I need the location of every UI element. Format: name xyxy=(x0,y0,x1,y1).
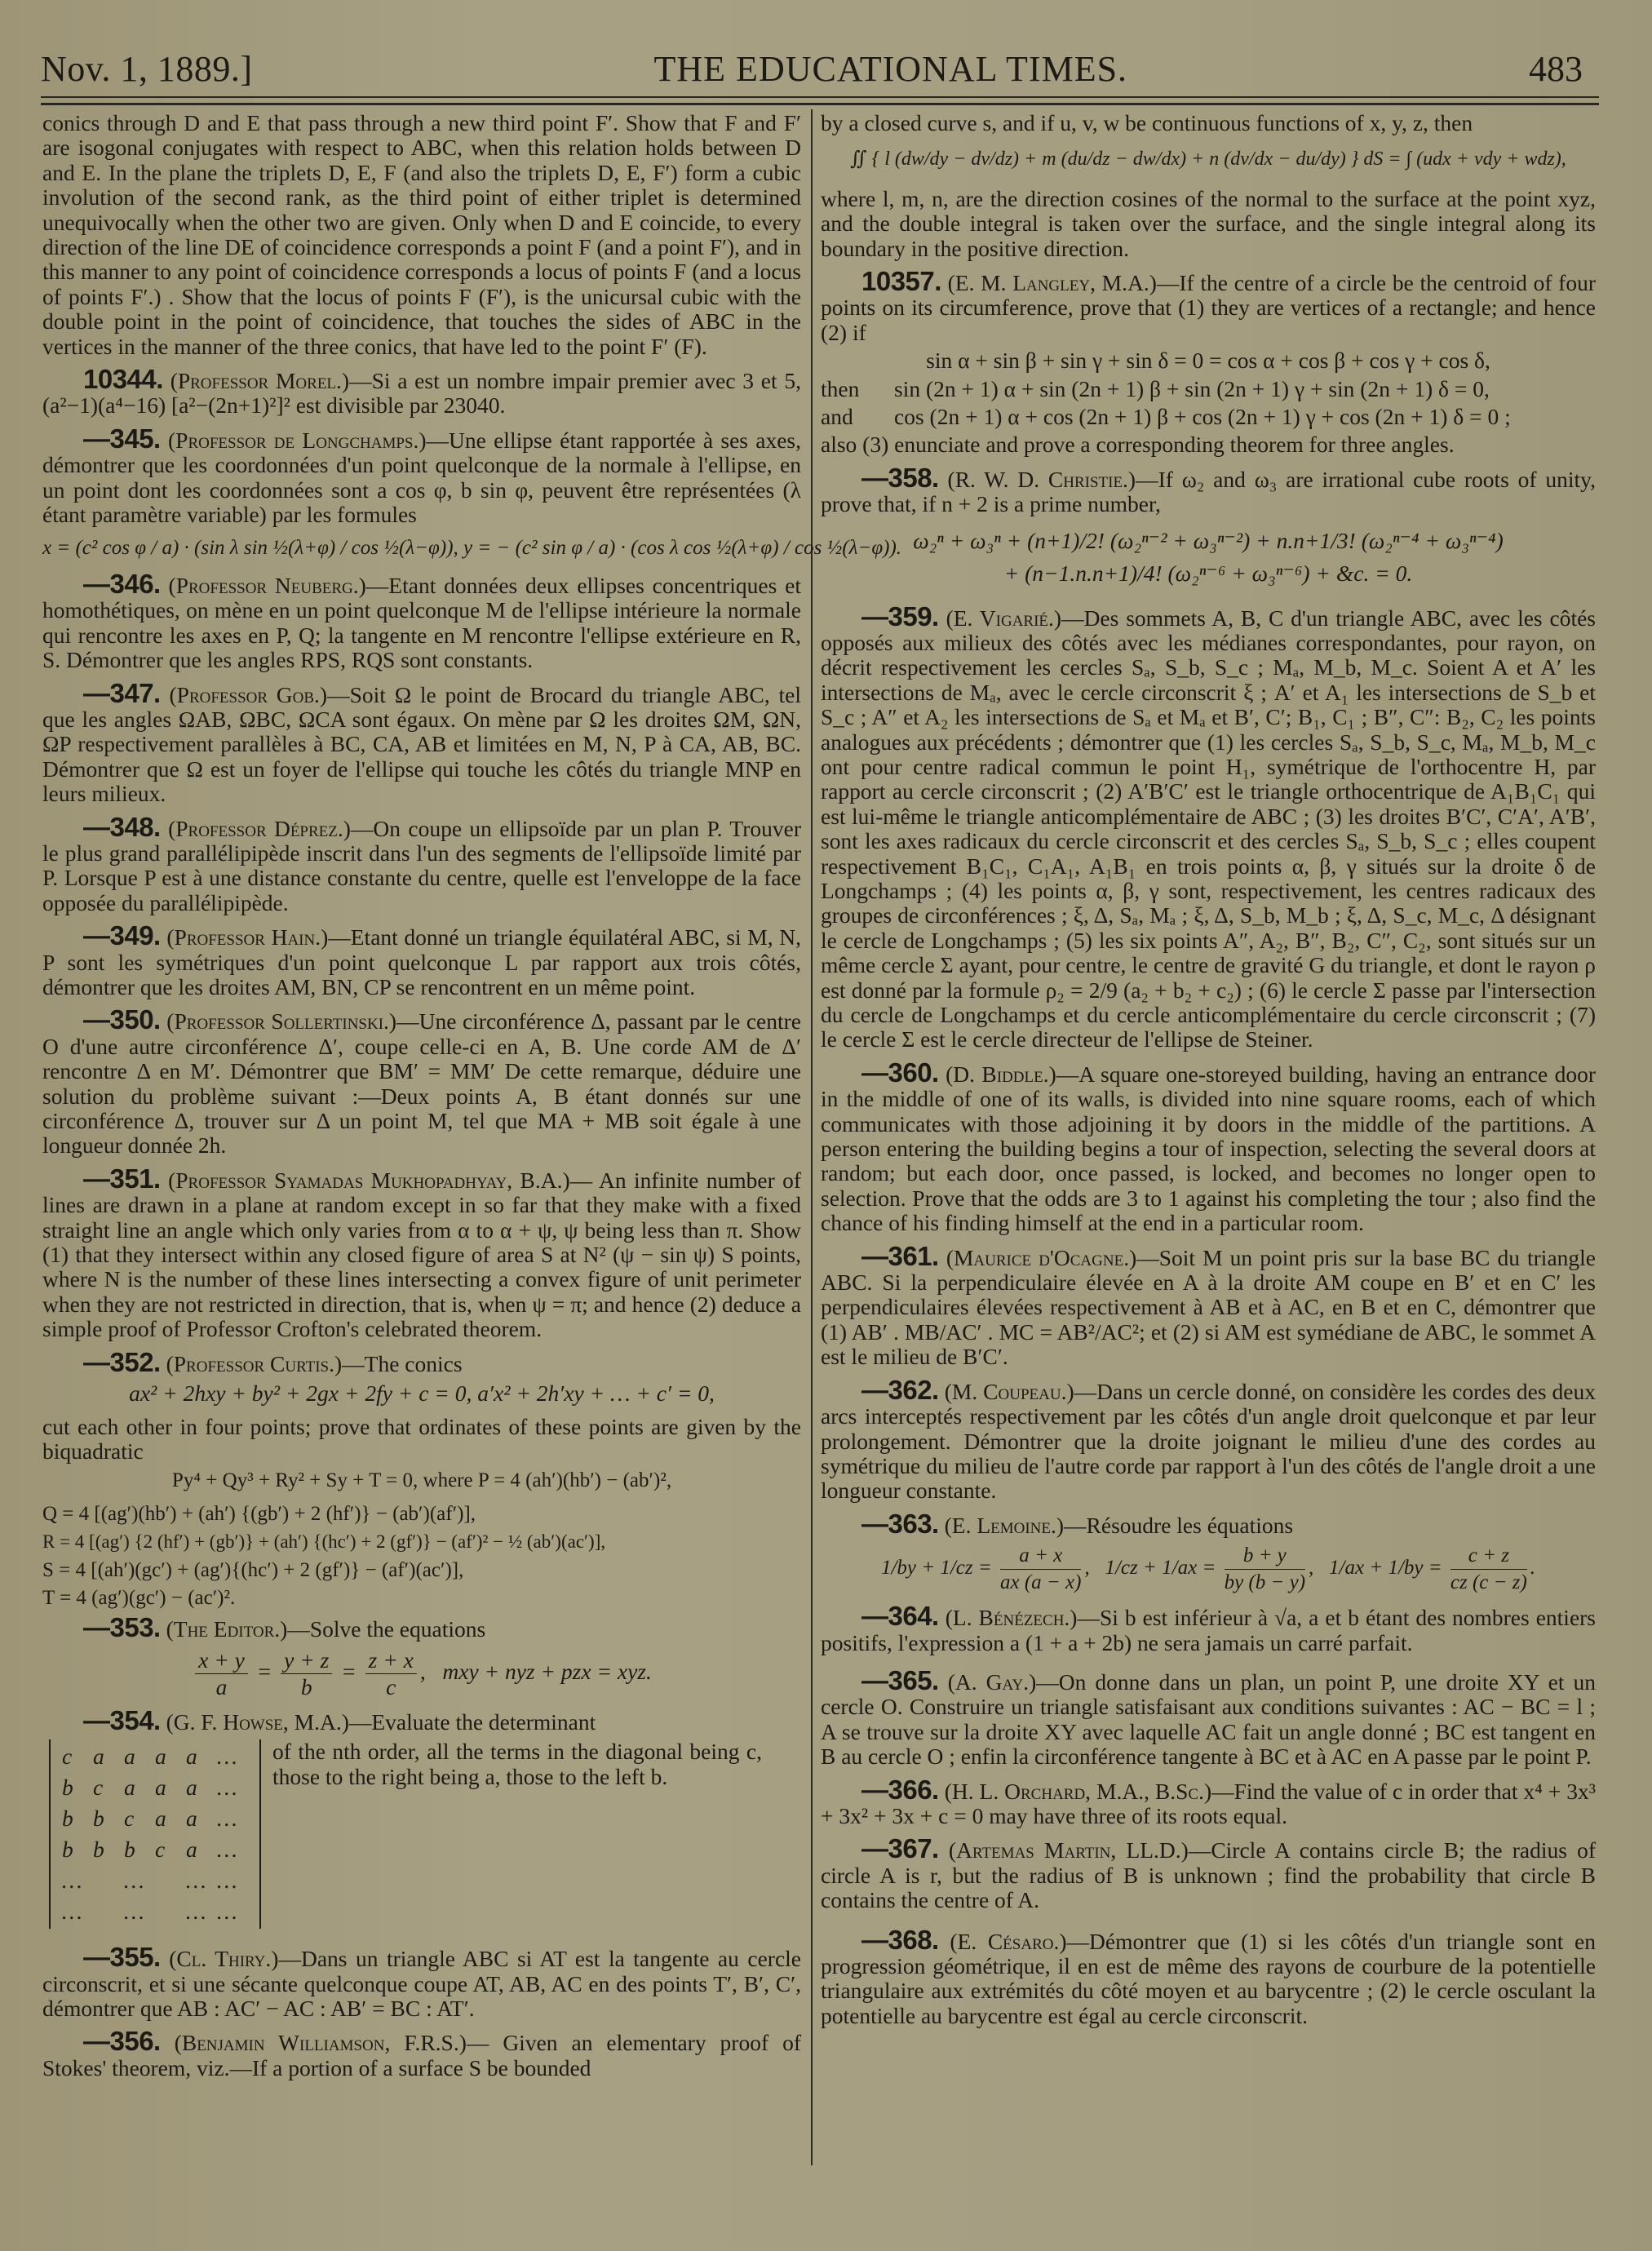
question-number: —360. xyxy=(861,1057,939,1088)
cell: a xyxy=(155,1741,186,1772)
cell: b xyxy=(62,1834,93,1865)
fraction: c + zcz (c − z) xyxy=(1450,1543,1527,1596)
numerator: a + x xyxy=(1000,1543,1081,1570)
cell: … xyxy=(124,1896,155,1927)
determinant-row: bcaaa… xyxy=(62,1772,248,1803)
numerator: z + x xyxy=(365,1647,417,1674)
question-author: (Professor de Longchamps.) xyxy=(168,428,427,453)
question-author: (M. Coupeau.) xyxy=(945,1379,1074,1404)
cell: a xyxy=(186,1834,217,1865)
fraction: a + xax (a − x) xyxy=(1000,1543,1081,1596)
coefficient-S: S = 4 [(ah′)(gc′) + (ag′){(hc′) + 2 (gf′… xyxy=(42,1558,801,1583)
page-header: Nov. 1, 1889.] THE EDUCATIONAL TIMES. 48… xyxy=(41,24,1599,90)
question-356: —356. (Benjamin Williamson, F.R.S.)— Giv… xyxy=(42,2029,801,2080)
question-346: —346. (Professor Neuberg.)—Etant données… xyxy=(42,572,801,673)
question-number: —364. xyxy=(861,1601,939,1631)
page-number: 483 xyxy=(1529,48,1599,90)
term: 1/ax xyxy=(1162,1557,1197,1579)
question-number: —367. xyxy=(861,1833,939,1863)
question-author: (Professor Curtis.) xyxy=(166,1351,343,1376)
cell: c xyxy=(124,1803,155,1834)
question-author: (Professor Hain.) xyxy=(166,924,328,950)
question-365: —365. (A. Gay.)—On donne dans un plan, u… xyxy=(821,1668,1596,1770)
question-author: (H. L. Orchard, M.A., B.Sc.) xyxy=(945,1779,1211,1804)
issue-date: Nov. 1, 1889.] xyxy=(41,48,253,90)
numerator: b + y xyxy=(1225,1543,1305,1570)
question-number: —358. xyxy=(861,463,939,493)
question-355: —355. (Cl. Thiry.)—Dans un triangle ABC … xyxy=(42,1945,801,2021)
question-362: —362. (M. Coupeau.)—Dans un cercle donné… xyxy=(821,1378,1596,1504)
determinant: caaaa… bcaaa… bbcaa… bbbca… ………… ………… xyxy=(49,1739,261,1929)
question-number: —348. xyxy=(83,812,161,842)
question-353: —353. (The Editor.)—Solve the equations xyxy=(42,1615,801,1642)
question-number: —351. xyxy=(83,1163,161,1194)
equation-2: thensin (2n + 1) α + sin (2n + 1) β + si… xyxy=(821,377,1596,401)
formula-358-line1: ω₂ⁿ + ω₃ⁿ + (n+1)/2! (ω₂ⁿ⁻² + ω₃ⁿ⁻²) + n… xyxy=(821,529,1596,553)
question-361: —361. (Maurice d'Ocagne.)—Soit M un poin… xyxy=(821,1244,1596,1370)
question-349: —349. (Professor Hain.)—Etant donné un t… xyxy=(42,924,801,999)
cell: … xyxy=(217,1896,248,1927)
determinant-block: caaaa… bcaaa… bbcaa… bbbca… ………… ………… of… xyxy=(42,1739,801,1929)
question-author: (G. F. Howse, M.A.) xyxy=(166,1709,349,1735)
cell: … xyxy=(186,1896,217,1927)
cell: … xyxy=(217,1865,248,1896)
term: 1/by xyxy=(1388,1557,1423,1579)
denominator: cz (c − z) xyxy=(1450,1570,1527,1596)
question-author: (Professor Gob.) xyxy=(170,682,328,707)
question-10357-text2: also (3) enunciate and prove a correspon… xyxy=(821,432,1596,457)
question-359: —359. (E. Vigarié.)—Des sommets A, B, C … xyxy=(821,605,1596,1052)
question-text: —Solve the equations xyxy=(287,1616,485,1642)
question-author: (Professor Morel.) xyxy=(171,368,349,393)
cell: c xyxy=(93,1772,124,1803)
column-divider xyxy=(811,109,813,2165)
newspaper-page: Nov. 1, 1889.] THE EDUCATIONAL TIMES. 48… xyxy=(0,0,1652,2251)
question-author: (E. M. Langley, M.A.) xyxy=(948,270,1157,295)
formula-353: x + ya = y + zb = z + xc, mxy + nyz + pz… xyxy=(42,1647,801,1700)
determinant-row: caaaa… xyxy=(62,1741,248,1772)
question-347: —347. (Professor Gob.)—Soit Ω le point d… xyxy=(42,681,801,807)
label: then xyxy=(821,377,894,401)
fraction: b + yby (b − y) xyxy=(1225,1543,1305,1596)
denominator: c xyxy=(365,1674,417,1700)
term: 1/cz xyxy=(1105,1557,1137,1579)
formula-345: x = (c² cos φ / a) · (sin λ sin ½(λ+φ) /… xyxy=(42,536,801,561)
cell xyxy=(93,1896,124,1927)
question-358: —358. (R. W. D. Christie.)—If ω₂ and ω₃ … xyxy=(821,466,1596,517)
question-author: (E. Césaro.) xyxy=(950,1929,1066,1954)
question-366: —366. (H. L. Orchard, M.A., B.Sc.)—Find … xyxy=(821,1778,1596,1829)
cell xyxy=(155,1896,186,1927)
cell: c xyxy=(62,1741,93,1772)
question-number: —355. xyxy=(83,1942,161,1972)
right-column: by a closed curve s, and if u, v, w be c… xyxy=(821,111,1596,2036)
left-column: conics through D and E that pass through… xyxy=(42,111,801,2089)
question-352: —352. (Professor Curtis.)—The conics xyxy=(42,1350,801,1376)
question-363: —363. (E. Lemoine.)—Résoudre les équatio… xyxy=(821,1512,1596,1538)
question-text: —A square one-storeyed building, having … xyxy=(821,1061,1596,1235)
cell: … xyxy=(62,1896,93,1927)
question-number: —361. xyxy=(861,1241,939,1271)
question-author: (Professor Déprez.) xyxy=(168,816,351,841)
question-number: —362. xyxy=(861,1375,939,1405)
numerator: x + y xyxy=(195,1647,248,1674)
biquadratic-equation: Py⁴ + Qy³ + Ry² + Sy + T = 0, where P = … xyxy=(42,1469,801,1493)
numerator: y + z xyxy=(281,1647,332,1674)
question-author: (L. Bénézech.) xyxy=(946,1605,1078,1630)
question-text: —Des sommets A, B, C d'un triangle ABC, … xyxy=(821,605,1596,1052)
determinant-row: bbcaa… xyxy=(62,1803,248,1834)
question-author: (Professor Syamadas Mukhopadhyay, B.A.) xyxy=(168,1168,570,1193)
fraction: y + zb xyxy=(281,1647,332,1700)
header-rule-top xyxy=(41,96,1599,98)
numerator: c + z xyxy=(1450,1543,1527,1570)
continuation-text: conics through D and E that pass through… xyxy=(42,111,801,359)
cell: c xyxy=(155,1834,186,1865)
denominator: by (b − y) xyxy=(1225,1570,1305,1596)
publication-title: THE EDUCATIONAL TIMES. xyxy=(654,48,1128,90)
formula-363: 1/by + 1/cz = a + xax (a − x), 1/cz + 1/… xyxy=(821,1543,1596,1596)
cell: a xyxy=(124,1741,155,1772)
cell: a xyxy=(155,1803,186,1834)
fraction: z + xc xyxy=(365,1647,417,1700)
cell: a xyxy=(124,1772,155,1803)
cell xyxy=(93,1865,124,1896)
term: 1/ax xyxy=(1329,1557,1364,1579)
question-number: —352. xyxy=(83,1347,161,1377)
cell: … xyxy=(186,1865,217,1896)
question-number: —359. xyxy=(861,601,939,631)
question-number: 10357. xyxy=(861,266,941,296)
cell: a xyxy=(186,1772,217,1803)
question-350: —350. (Professor Sollertinski.)—Une circ… xyxy=(42,1008,801,1158)
equation-a: 1/by + 1/cz = a + xax (a − x), xyxy=(881,1557,1090,1579)
question-351: —351. (Professor Syamadas Mukhopadhyay, … xyxy=(42,1167,801,1342)
question-number: —363. xyxy=(861,1509,939,1539)
question-author: (Artemas Martin, LL.D.) xyxy=(949,1837,1189,1863)
question-number: —346. xyxy=(83,569,161,599)
cell: b xyxy=(124,1834,155,1865)
question-number: —347. xyxy=(83,678,161,708)
question-author: (Cl. Thiry.) xyxy=(169,1946,278,1971)
equation: cos (2n + 1) α + cos (2n + 1) β + cos (2… xyxy=(894,404,1511,429)
question-number: —353. xyxy=(83,1612,161,1642)
equation-c: 1/ax + 1/by = c + zcz (c − z). xyxy=(1329,1557,1535,1579)
coefficient-T: T = 4 (ag′)(gc′) − (ac′)². xyxy=(42,1586,801,1611)
denominator: ax (a − x) xyxy=(1000,1570,1081,1596)
question-348: —348. (Professor Déprez.)—On coupe un el… xyxy=(42,815,801,916)
determinant-row: ………… xyxy=(62,1896,248,1927)
question-number: —350. xyxy=(83,1004,161,1035)
question-author: (The Editor.) xyxy=(166,1616,288,1642)
question-number: 10344. xyxy=(83,364,163,394)
question-364: —364. (L. Bénézech.)—Si b est inférieur … xyxy=(821,1604,1596,1655)
cell: … xyxy=(62,1865,93,1896)
determinant-description: of the nth order, all the terms in the d… xyxy=(261,1739,762,1789)
question-354: —354. (G. F. Howse, M.A.)—Evaluate the d… xyxy=(42,1708,801,1735)
cell: b xyxy=(62,1803,93,1834)
determinant-row: bbbca… xyxy=(62,1834,248,1865)
question-10344: 10344. (Professor Morel.)—Si a est un no… xyxy=(42,367,801,419)
cell: b xyxy=(62,1772,93,1803)
question-number: —368. xyxy=(861,1925,939,1955)
question-360: —360. (D. Biddle.)—A square one-storeyed… xyxy=(821,1061,1596,1236)
question-author: (E. Lemoine.) xyxy=(945,1513,1064,1538)
question-text: —Résoudre les équations xyxy=(1064,1513,1293,1538)
question-number: —366. xyxy=(861,1775,939,1805)
cell: … xyxy=(217,1834,248,1865)
continuation-text-2: where l, m, n, are the direction cosines… xyxy=(821,187,1596,261)
question-352-text2: cut each other in four points; prove tha… xyxy=(42,1415,801,1464)
question-text: —The conics xyxy=(342,1351,462,1376)
cell: … xyxy=(217,1741,248,1772)
equation-1: sin α + sin β + sin γ + sin δ = 0 = cos … xyxy=(821,348,1596,373)
question-author: (Benjamin Williamson, F.R.S.) xyxy=(175,2030,467,2055)
cell: a xyxy=(186,1741,217,1772)
question-367: —367. (Artemas Martin, LL.D.)—Circle A c… xyxy=(821,1837,1596,1912)
determinant-row: ………… xyxy=(62,1865,248,1896)
cell: a xyxy=(155,1772,186,1803)
question-author: (R. W. D. Christie.) xyxy=(948,467,1136,492)
equation-3: andcos (2n + 1) α + cos (2n + 1) β + cos… xyxy=(821,405,1596,429)
cell: … xyxy=(217,1803,248,1834)
cell xyxy=(155,1865,186,1896)
question-number: —365. xyxy=(861,1665,939,1695)
denominator: b xyxy=(281,1674,332,1700)
cell: b xyxy=(93,1834,124,1865)
cell: b xyxy=(93,1803,124,1834)
conics-equation: ax² + 2hxy + by² + 2gx + 2fy + c = 0, a′… xyxy=(42,1381,801,1406)
cell: … xyxy=(124,1865,155,1896)
question-number: —354. xyxy=(83,1705,161,1735)
cell: … xyxy=(217,1772,248,1803)
question-number: —345. xyxy=(83,423,161,454)
cell: a xyxy=(93,1741,124,1772)
formula-358-line2: + (n−1.n.n+1)/4! (ω₂ⁿ⁻⁶ + ω₃ⁿ⁻⁶) + &c. =… xyxy=(821,561,1596,586)
cell: a xyxy=(186,1803,217,1834)
question-text: —Evaluate the determinant xyxy=(349,1709,596,1735)
coefficient-Q: Q = 4 [(ag′)(hb′) + (ah′) {(gb′) + 2 (hf… xyxy=(42,1502,801,1527)
equation-b: 1/cz + 1/ax = b + yby (b − y), xyxy=(1105,1557,1313,1579)
question-368: —368. (E. Césaro.)—Démontrer que (1) si … xyxy=(821,1928,1596,2029)
question-author: (D. Biddle.) xyxy=(946,1061,1056,1087)
fraction: x + ya xyxy=(195,1647,248,1700)
header-rule-bottom xyxy=(41,103,1599,105)
question-345: —345. (Professor de Longchamps.)—Une ell… xyxy=(42,427,801,528)
question-author: (Professor Neuberg.) xyxy=(169,573,366,598)
question-text: — An infinite number of lines are drawn … xyxy=(42,1168,801,1341)
question-number: —349. xyxy=(83,920,161,950)
question-author: (A. Gay.) xyxy=(948,1669,1037,1695)
continuation-text: by a closed curve s, and if u, v, w be c… xyxy=(821,111,1596,135)
question-author: (Professor Sollertinski.) xyxy=(166,1008,396,1034)
question-author: (E. Vigarié.) xyxy=(946,605,1061,631)
term: 1/cz xyxy=(940,1557,972,1579)
equation: sin (2n + 1) α + sin (2n + 1) β + sin (2… xyxy=(894,376,1490,401)
question-number: —356. xyxy=(83,2026,161,2056)
denominator: a xyxy=(195,1674,248,1700)
stokes-formula: ∬ { l (dw/dy − dv/dz) + m (du/dz − dw/dx… xyxy=(821,147,1596,171)
formula-tail: mxy + nyz + pzx = xyz. xyxy=(442,1659,652,1684)
coefficient-R: R = 4 [(ag′) {2 (hf′) + (gb′)} + (ah′) {… xyxy=(42,1530,801,1554)
question-10357: 10357. (E. M. Langley, M.A.)—If the cent… xyxy=(821,269,1596,345)
question-author: (Maurice d'Ocagne.) xyxy=(946,1245,1136,1270)
label: and xyxy=(821,405,894,429)
term: 1/by xyxy=(881,1557,916,1579)
